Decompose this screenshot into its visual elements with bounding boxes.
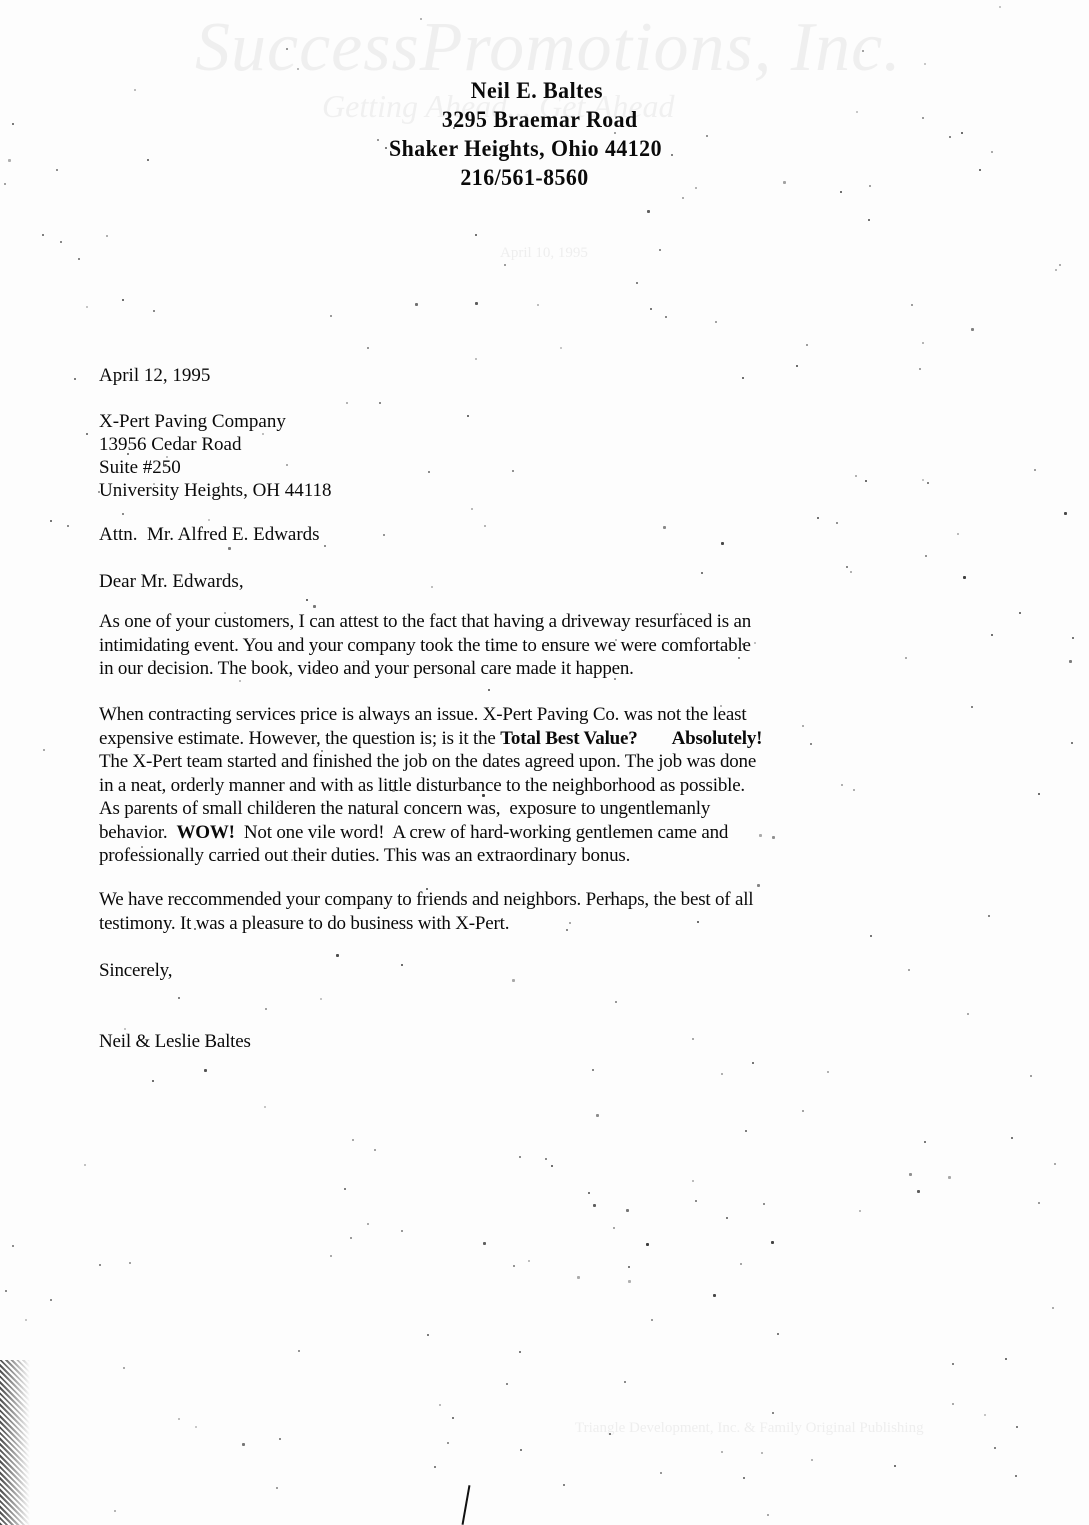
signature: Neil & Leslie Baltes [99, 1030, 949, 1054]
paragraph-line: As parents of small childeren the natura… [99, 797, 949, 821]
paragraph-line: in a neat, orderly manner and with as li… [99, 774, 949, 798]
paragraph-line: testimony. It was a pleasure to do busin… [99, 912, 949, 936]
paragraph-line: behavior. WOW! Not one vile word! A crew… [99, 821, 949, 845]
emphasis-wow: WOW! [176, 822, 234, 843]
letterhead: Neil E. Baltes 3295 Braemar Road Shaker … [27, 76, 1062, 192]
recipient-suite: Suite #250 [99, 456, 332, 479]
text-segment: expensive estimate. However, the questio… [99, 728, 500, 749]
scan-edge-noise [0, 1360, 30, 1525]
paragraph-line: As one of your customers, I can attest t… [99, 610, 949, 634]
recipient-address: X-Pert Paving Company 13956 Cedar Road S… [99, 410, 332, 502]
paragraph-line: The X-Pert team started and finished the… [99, 750, 949, 774]
sender-city-state-zip: Shaker Heights, Ohio 44120 [8, 134, 1043, 163]
body-paragraph-1: As one of your customers, I can attest t… [99, 610, 949, 681]
sender-street: 3295 Braemar Road [22, 105, 1057, 134]
body-paragraph-2: When contracting services price is alway… [99, 703, 949, 868]
recipient-city-state-zip: University Heights, OH 44118 [99, 479, 332, 502]
emphasis-total-best-value: Total Best Value? [500, 728, 637, 749]
paragraph-line: professionally carried out their duties.… [99, 844, 949, 868]
recipient-company: X-Pert Paving Company [99, 410, 332, 433]
paragraph-line: When contracting services price is alway… [99, 703, 949, 727]
closing: Sincerely, [99, 959, 949, 983]
closing-text: Sincerely, [99, 959, 949, 983]
letter-date: April 12, 1995 [99, 364, 210, 387]
signature-name: Neil & Leslie Baltes [99, 1030, 949, 1054]
sender-name: Neil E. Baltes [20, 76, 1055, 105]
recipient-street: 13956 Cedar Road [99, 433, 332, 456]
bleed-through-signature-block: Triangle Development, Inc. & Family Orig… [575, 1420, 924, 1437]
body-paragraph-3: We have reccommended your company to fri… [99, 888, 949, 935]
bleed-through-date: April 10, 1995 [500, 245, 588, 262]
paragraph-line: in our decision. The book, video and you… [99, 657, 949, 681]
attention-line: Attn. Mr. Alfred E. Edwards [99, 523, 320, 546]
stray-pen-mark [462, 1485, 471, 1525]
sender-phone: 216/561-8560 [7, 163, 1042, 192]
text-segment: behavior. [99, 822, 176, 843]
salutation: Dear Mr. Edwards, [99, 570, 244, 593]
paragraph-line: We have reccommended your company to fri… [99, 888, 949, 912]
emphasis-absolutely: Absolutely! [672, 728, 763, 749]
paragraph-line: expensive estimate. However, the questio… [99, 727, 949, 751]
paragraph-line: intimidating event. You and your company… [99, 634, 949, 658]
text-segment: Not one vile word! A crew of hard-workin… [235, 822, 728, 843]
